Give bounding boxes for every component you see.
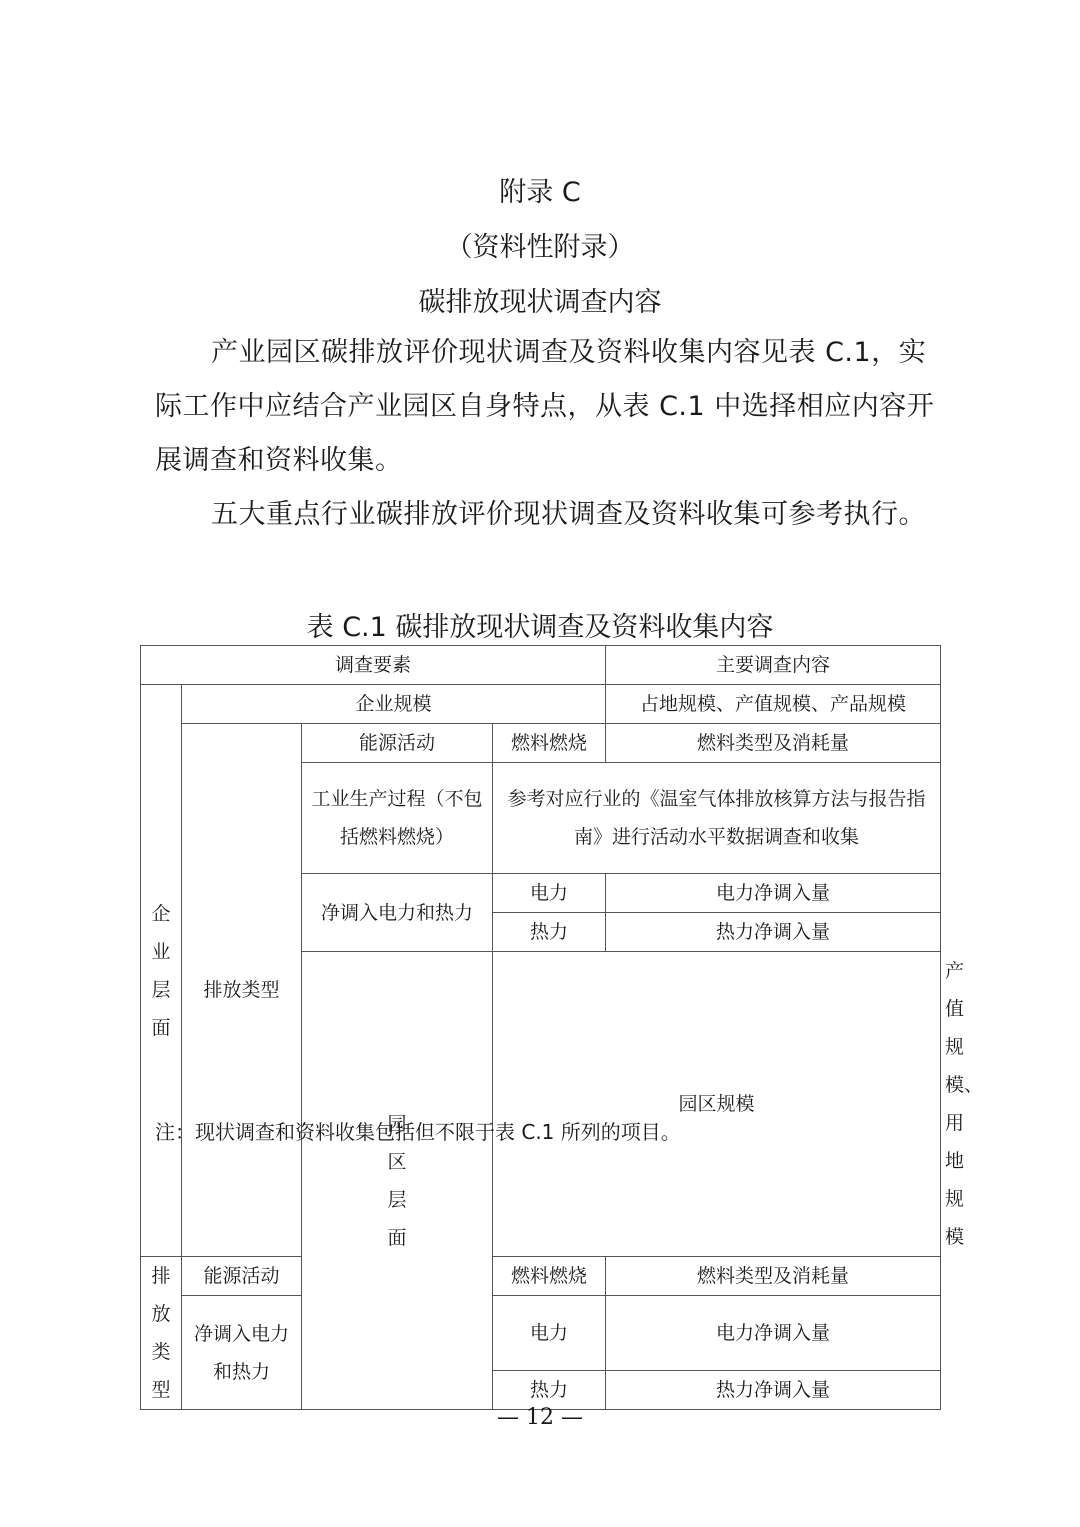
park-electric: 电力 [493, 1296, 606, 1371]
header-main-content: 主要调查内容 [606, 646, 941, 685]
table-row: 企业层面 企业规模 占地规模、产值规模、产品规模 [141, 685, 941, 724]
table-note: 注：现状调查和资料收集包括但不限于表 C.1 所列的项目。 [155, 1116, 681, 1145]
park-electric-content: 电力净调入量 [606, 1296, 941, 1371]
appendix-subtitle: （资料性附录） [0, 225, 1080, 264]
park-energy: 能源活动 [182, 1257, 302, 1296]
paragraph-2: 五大重点行业碳排放评价现状调查及资料收集可参考执行。 [155, 488, 935, 542]
enterprise-electric-content: 电力净调入量 [606, 874, 941, 913]
enterprise-emission-type: 排放类型 [182, 724, 302, 1257]
enterprise-heat: 热力 [493, 913, 606, 952]
park-emission-type: 排放类型 [141, 1257, 182, 1410]
table-row: 净调入电力和热力 电力 电力净调入量 [141, 1296, 941, 1371]
enterprise-scale-content: 占地规模、产值规模、产品规模 [606, 685, 941, 724]
enterprise-heat-content: 热力净调入量 [606, 913, 941, 952]
appendix-title: 附录 C [0, 170, 1080, 209]
enterprise-fuel: 燃料燃烧 [493, 724, 606, 763]
enterprise-industrial: 工业生产过程（不包括燃料燃烧） [302, 763, 493, 874]
page-number: — 12 — [0, 1405, 1080, 1430]
enterprise-net-import: 净调入电力和热力 [302, 874, 493, 952]
enterprise-scale: 企业规模 [182, 685, 606, 724]
table-caption: 表 C.1 碳排放现状调查及资料收集内容 [0, 605, 1080, 644]
park-heat-content: 热力净调入量 [606, 1371, 941, 1410]
park-heat: 热力 [493, 1371, 606, 1410]
enterprise-energy: 能源活动 [302, 724, 493, 763]
park-fuel-content: 燃料类型及消耗量 [606, 1257, 941, 1296]
enterprise-fuel-content: 燃料类型及消耗量 [606, 724, 941, 763]
paragraph-1: 产业园区碳排放评价现状调查及资料收集内容见表 C.1，实际工作中应结合产业园区自… [155, 326, 935, 488]
table-header-row: 调查要素 主要调查内容 [141, 646, 941, 685]
park-level-cell: 园区层面 [302, 952, 493, 1410]
table-row: 排放类型 能源活动 燃料燃烧 燃料类型及消耗量 [141, 1257, 941, 1296]
table-row: 排放类型 能源活动 燃料燃烧 燃料类型及消耗量 [141, 724, 941, 763]
enterprise-electric: 电力 [493, 874, 606, 913]
park-net-import: 净调入电力和热力 [182, 1296, 302, 1410]
enterprise-industrial-content: 参考对应行业的《温室气体排放核算方法与报告指南》进行活动水平数据调查和收集 [493, 763, 941, 874]
survey-table: 调查要素 主要调查内容 企业层面 企业规模 占地规模、产值规模、产品规模 排放类… [140, 645, 941, 1410]
park-fuel: 燃料燃烧 [493, 1257, 606, 1296]
appendix-heading: 碳排放现状调查内容 [0, 280, 1080, 319]
park-scale: 园区规模 [493, 952, 941, 1257]
header-survey-elements: 调查要素 [141, 646, 606, 685]
enterprise-level-cell: 企业层面 [141, 685, 182, 1257]
